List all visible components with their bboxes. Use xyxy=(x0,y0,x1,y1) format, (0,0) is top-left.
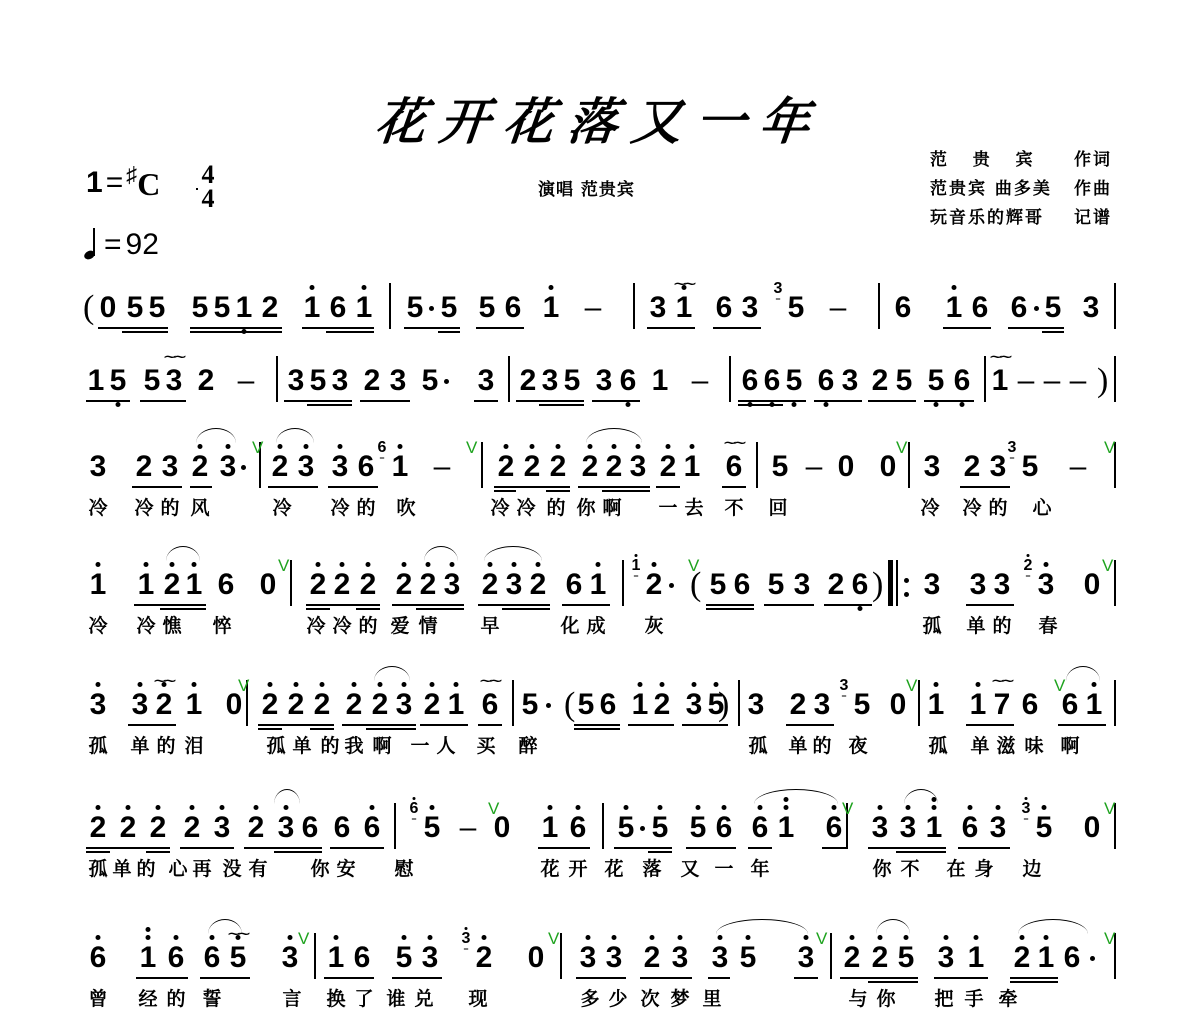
octave-down-dot xyxy=(934,402,939,407)
note: 3 xyxy=(794,570,811,600)
octave-up-dot xyxy=(334,935,339,940)
lyric-char: 你 xyxy=(576,498,595,518)
slur-arc xyxy=(208,919,242,934)
bracket: ) xyxy=(1097,364,1108,398)
note: 1 xyxy=(448,690,465,720)
dash-extension: – xyxy=(238,366,255,396)
beam-underline xyxy=(786,724,834,726)
octave-up-dot xyxy=(1042,805,1047,810)
lyric-char: 情 xyxy=(418,616,437,636)
octave-up-dot xyxy=(968,805,973,810)
note: 2 xyxy=(646,570,663,600)
note: 3 xyxy=(872,813,889,843)
note: 3 xyxy=(422,943,439,973)
lyric-char: 孤 xyxy=(88,859,107,879)
beam-underline xyxy=(180,847,234,849)
slur-arc xyxy=(586,428,642,443)
slur-arc xyxy=(876,919,910,934)
note: 6 xyxy=(734,570,751,600)
lyric-char: 了 xyxy=(354,989,373,1009)
augmentation-dot xyxy=(444,379,449,384)
lyric-char: 夜 xyxy=(848,736,867,756)
note: 3 xyxy=(630,452,647,482)
dash-extension: – xyxy=(830,293,847,323)
beam-underline xyxy=(840,977,918,979)
note: 6 xyxy=(1064,943,1081,973)
note: 3 xyxy=(938,943,955,973)
note: 1 xyxy=(392,452,409,482)
octave-up-dot xyxy=(512,562,517,567)
note: 1 xyxy=(542,813,559,843)
octave-up-dot xyxy=(934,682,939,687)
note: 5 xyxy=(144,366,161,396)
note: 0 xyxy=(1084,813,1101,843)
lyric-char: 再 xyxy=(192,859,211,879)
beam-underline xyxy=(868,400,916,402)
grace-slash-icon: ⁼ xyxy=(463,946,469,957)
octave-up-dot xyxy=(678,935,683,940)
quarter-note-icon xyxy=(84,228,98,262)
lyric-char: 手 xyxy=(964,989,983,1009)
lyric-char: 吹 xyxy=(396,498,415,518)
octave-up-dot xyxy=(426,562,431,567)
mordent-icon: ⁓⁓ xyxy=(724,438,744,448)
tempo-bpm: 92 xyxy=(126,228,159,262)
note: 5 xyxy=(522,690,539,720)
beam-underline xyxy=(614,847,672,849)
beam-underline xyxy=(366,728,416,730)
lyric-char: 的 xyxy=(546,498,565,518)
note: 2 xyxy=(1014,943,1031,973)
credits-block: 范 贵 宾 作词 范贵宾 曲多美 作曲 玩音乐的辉哥 记谱 xyxy=(930,146,1112,233)
note: 6 xyxy=(620,366,637,396)
octave-down-dot xyxy=(824,402,829,407)
octave-up-dot xyxy=(192,562,197,567)
note: 5 xyxy=(396,943,413,973)
note: 5 xyxy=(578,690,595,720)
beam-underline xyxy=(764,604,814,606)
breath-mark-icon: V xyxy=(816,929,827,949)
lyric-char: 与 xyxy=(848,989,867,1009)
note: 2 xyxy=(872,943,889,973)
note: 3 xyxy=(1083,293,1100,323)
beam-underline xyxy=(122,331,168,333)
barline xyxy=(738,680,740,726)
breath-mark-icon: V xyxy=(688,556,699,576)
slur-arc xyxy=(274,789,300,804)
note: 5 xyxy=(110,366,127,396)
breath-mark-icon: V xyxy=(488,799,499,819)
note: 2 xyxy=(90,813,107,843)
singer-credit: 演唱 范贵宾 xyxy=(538,175,635,200)
octave-up-dot xyxy=(96,805,101,810)
octave-up-dot xyxy=(652,562,657,567)
note: 5 xyxy=(710,570,727,600)
lyric-char: 滋 xyxy=(996,736,1015,756)
note: 3 xyxy=(282,943,299,973)
beam-underline xyxy=(538,847,590,849)
note: 2 xyxy=(644,943,661,973)
beam-underline xyxy=(640,977,692,979)
octave-up-dot xyxy=(220,805,225,810)
beam-underline xyxy=(310,728,334,730)
beam-underline xyxy=(128,724,176,726)
octave-up-dot xyxy=(284,805,289,810)
note: 5 xyxy=(772,452,789,482)
note: 3 xyxy=(332,452,349,482)
beam-underline xyxy=(868,847,946,849)
octave-up-dot xyxy=(878,935,883,940)
lyric-char: 花 xyxy=(540,859,559,879)
lyric-char: 孤 xyxy=(922,616,941,636)
barline xyxy=(1114,680,1116,726)
note: 3 xyxy=(332,366,349,396)
note: 3 xyxy=(162,452,179,482)
lyric-char: 多 xyxy=(580,989,599,1009)
beam-underline xyxy=(86,851,110,853)
beam-underline xyxy=(896,851,946,853)
octave-up-dot xyxy=(692,682,697,687)
beam-underline xyxy=(190,331,282,333)
beam-underline xyxy=(420,724,468,726)
octave-up-dot xyxy=(996,805,1001,810)
beam-underline xyxy=(648,851,672,853)
note: 3 xyxy=(166,366,183,396)
octave-up-dot xyxy=(556,444,561,449)
lyric-char: 的 xyxy=(812,736,831,756)
lyric-char: 安 xyxy=(336,859,355,879)
octave-up-dot xyxy=(612,444,617,449)
barline xyxy=(508,356,510,402)
octave-up-dot xyxy=(650,935,655,940)
note: 6 xyxy=(764,366,781,396)
note: 5 xyxy=(740,943,757,973)
bracket: ( xyxy=(564,688,575,722)
note: 1 xyxy=(992,366,1009,396)
time-sig-divider xyxy=(196,188,198,190)
note: 3 xyxy=(214,813,231,843)
barline xyxy=(560,933,562,979)
grace-slash-icon: ⁼ xyxy=(411,816,417,827)
lyric-char: 曾 xyxy=(88,989,107,1009)
note: 2 xyxy=(420,570,437,600)
lyric-char: 冷 xyxy=(490,498,509,518)
octave-up-dot xyxy=(974,935,979,940)
octave-up-dot xyxy=(430,805,435,810)
dash-extension: – xyxy=(692,366,709,396)
lyric-char: 孤 xyxy=(928,736,947,756)
note: 0 xyxy=(838,452,855,482)
lyric-char: 单 xyxy=(130,736,149,756)
mordent-icon: ⁓⁓ xyxy=(990,352,1010,362)
note: 3 xyxy=(742,293,759,323)
slur-arc xyxy=(196,428,236,443)
note: 6 xyxy=(962,813,979,843)
beam-underline xyxy=(392,977,442,979)
note: 3 xyxy=(90,452,107,482)
lyric-char: 有 xyxy=(248,859,267,879)
beam-underline xyxy=(706,604,754,606)
beam-underline xyxy=(574,728,620,730)
octave-down-dot xyxy=(960,402,965,407)
lyric-char: 一 xyxy=(658,498,677,518)
dash-extension: – xyxy=(585,293,602,323)
barline xyxy=(276,356,278,402)
note: 5 xyxy=(690,813,707,843)
note: 5 xyxy=(786,366,803,396)
octave-up-dot xyxy=(714,682,719,687)
note: 2 xyxy=(550,452,567,482)
note: 2 xyxy=(964,452,981,482)
note: 3 xyxy=(596,366,613,396)
beam-underline xyxy=(404,327,460,329)
note: 5 xyxy=(230,943,247,973)
beam-underline xyxy=(360,400,410,402)
beam-underline xyxy=(814,400,862,402)
lyric-char: 冷 xyxy=(272,498,291,518)
beam-underline xyxy=(98,327,168,329)
lyric-char: 冷 xyxy=(134,498,153,518)
beam-underline xyxy=(578,486,650,488)
note: 3 xyxy=(748,690,765,720)
note: 5 xyxy=(1045,293,1062,323)
beam-underline xyxy=(1010,981,1058,983)
breath-mark-icon: V xyxy=(1104,929,1115,949)
octave-up-dot xyxy=(465,927,468,930)
beam-underline xyxy=(713,327,761,329)
note: 2 xyxy=(396,570,413,600)
note: 1 xyxy=(356,293,373,323)
breath-mark-icon: V xyxy=(1102,556,1113,576)
beam-underline xyxy=(307,404,352,406)
beam-underline xyxy=(494,490,516,492)
lyric-char: 不 xyxy=(724,498,743,518)
credit-composer: 范贵宾 曲多美 作曲 xyxy=(930,175,1112,204)
sharp-icon: ♯ xyxy=(126,162,137,188)
note: 2 xyxy=(530,570,547,600)
lyric-char: 落 xyxy=(642,859,661,879)
mordent-icon: ⁓⁓ xyxy=(674,279,694,289)
octave-up-dot xyxy=(932,805,937,810)
note: 5 xyxy=(441,293,458,323)
octave-up-dot xyxy=(1044,562,1049,567)
note: 3 xyxy=(132,690,149,720)
note: 1 xyxy=(970,690,987,720)
note: 5 xyxy=(407,293,424,323)
beam-underline xyxy=(748,847,772,849)
note: 1 xyxy=(90,570,107,600)
lyric-char: 啊 xyxy=(602,498,621,518)
beam-underline xyxy=(86,847,170,849)
note: 5 xyxy=(618,813,635,843)
octave-up-dot xyxy=(366,562,371,567)
note: 2 xyxy=(136,452,153,482)
credit-transcriber: 玩音乐的辉哥 记谱 xyxy=(930,204,1112,233)
barline xyxy=(622,560,624,606)
octave-up-dot xyxy=(430,682,435,687)
octave-up-dot xyxy=(536,562,541,567)
repeat-barline-thin xyxy=(896,560,898,606)
note: 6 xyxy=(204,943,221,973)
note: 6 xyxy=(818,366,835,396)
beam-underline xyxy=(738,400,806,402)
barline xyxy=(1114,283,1116,329)
note: 2 xyxy=(828,570,845,600)
note: 6 xyxy=(742,366,759,396)
note: 6 xyxy=(826,813,843,843)
note: 3 xyxy=(220,452,237,482)
transcriber-role: 记谱 xyxy=(1074,204,1112,233)
note: 3 xyxy=(90,690,107,720)
beam-underline xyxy=(824,604,872,606)
barline xyxy=(1114,356,1116,402)
tempo-equals: = xyxy=(104,228,122,262)
mordent-icon: ⁓⁓ xyxy=(992,676,1012,686)
lyric-char: 的 xyxy=(992,616,1011,636)
barline xyxy=(512,680,514,726)
slur-arc xyxy=(754,789,838,804)
lyric-char: 单 xyxy=(788,736,807,756)
key-signature: 1 = ♯ C xyxy=(86,166,160,203)
barline xyxy=(633,283,635,329)
note: 1 xyxy=(926,813,943,843)
octave-up-dot xyxy=(146,927,151,932)
lyric-char: 单 xyxy=(966,616,985,636)
note: 2 xyxy=(424,690,441,720)
beam-underline xyxy=(562,604,610,606)
note: 5 xyxy=(127,293,144,323)
note: 3 xyxy=(842,366,859,396)
note: 2 xyxy=(262,293,279,323)
octave-up-dot xyxy=(1092,682,1097,687)
beam-underline xyxy=(494,486,570,488)
beam-underline xyxy=(576,977,626,979)
lyric-char: 言 xyxy=(282,989,301,1009)
beam-underline xyxy=(706,608,754,610)
lyric-char: 又 xyxy=(680,859,699,879)
octave-up-dot xyxy=(784,805,789,810)
note: 3 xyxy=(390,366,407,396)
note: 0 xyxy=(890,690,907,720)
note: 2 xyxy=(156,690,173,720)
bracket: ) xyxy=(872,568,883,602)
note: 1 xyxy=(652,366,669,396)
note: 6 xyxy=(726,452,743,482)
note: 2 xyxy=(164,570,181,600)
dash-extension: – xyxy=(1070,366,1087,396)
note: 3 xyxy=(814,690,831,720)
barline xyxy=(918,680,920,726)
note: 3 xyxy=(1038,570,1055,600)
note: 6 xyxy=(852,570,869,600)
lyric-char: 谁 xyxy=(386,989,405,1009)
octave-up-dot xyxy=(976,682,981,687)
octave-up-dot xyxy=(428,935,433,940)
beam-underline xyxy=(200,977,250,979)
note: 1 xyxy=(138,570,155,600)
octave-up-dot xyxy=(1044,935,1049,940)
beam-underline xyxy=(274,851,322,853)
beam-underline xyxy=(1058,724,1106,726)
note: 1 xyxy=(88,366,105,396)
note: 6 xyxy=(364,813,381,843)
bracket: ( xyxy=(83,291,94,325)
note: 2 xyxy=(654,690,671,720)
slur-arc xyxy=(1018,919,1088,934)
beam-underline xyxy=(478,604,550,606)
lyric-char: 孤 xyxy=(748,736,767,756)
augmentation-dot xyxy=(640,826,645,831)
dash-extension: – xyxy=(434,452,451,482)
note: 6 xyxy=(90,943,107,973)
transcriber-name: 玩音乐的辉哥 xyxy=(930,204,1074,233)
lyric-char: 单 xyxy=(292,736,311,756)
octave-up-dot xyxy=(450,562,455,567)
beam-underline xyxy=(958,847,1010,849)
lyric-char: 心 xyxy=(1032,498,1051,518)
octave-up-dot xyxy=(278,444,283,449)
barline xyxy=(389,283,391,329)
octave-up-dot xyxy=(170,562,175,567)
note: 0 xyxy=(880,452,897,482)
lyric-char: 泪 xyxy=(184,736,203,756)
note: 2 xyxy=(334,570,351,600)
lyric-char: 成 xyxy=(586,616,605,636)
octave-up-dot xyxy=(352,682,357,687)
time-sig-bottom: 4 xyxy=(196,187,220,211)
note: 6 xyxy=(1022,690,1039,720)
repeat-dot xyxy=(904,578,909,583)
beam-underline xyxy=(934,977,988,979)
octave-up-dot xyxy=(96,562,101,567)
lyric-char: 的 xyxy=(320,736,339,756)
beam-underline xyxy=(682,724,728,726)
breath-mark-icon: V xyxy=(842,799,853,819)
beam-underline xyxy=(592,400,640,402)
grace-slash-icon: ⁼ xyxy=(841,693,847,704)
octave-up-dot xyxy=(482,935,487,940)
note: 6 xyxy=(330,293,347,323)
note: 6 xyxy=(482,690,499,720)
lyric-char: 冷 xyxy=(332,616,351,636)
octave-up-dot xyxy=(635,554,638,557)
lyric-char: 冷 xyxy=(88,616,107,636)
credit-lyricist: 范 贵 宾 作词 xyxy=(930,146,1112,175)
beam-underline xyxy=(794,977,818,979)
octave-up-dot xyxy=(588,444,593,449)
augmentation-dot xyxy=(546,703,551,708)
octave-up-dot xyxy=(636,444,641,449)
octave-down-dot xyxy=(858,606,863,611)
lyric-char: 春 xyxy=(1038,616,1057,636)
note: 2 xyxy=(262,690,279,720)
note: 3 xyxy=(900,813,917,843)
octave-up-dot xyxy=(530,444,535,449)
note: 7 xyxy=(994,690,1011,720)
note: 2 xyxy=(346,690,363,720)
dash-extension: – xyxy=(1070,452,1087,482)
octave-down-dot xyxy=(792,402,797,407)
lyric-char: 去 xyxy=(684,498,703,518)
octave-up-dot xyxy=(1020,935,1025,940)
note: 6 xyxy=(505,293,522,323)
beam-underline xyxy=(258,728,282,730)
lyric-char: 啊 xyxy=(372,736,391,756)
beam-underline xyxy=(306,604,380,606)
grace-slash-icon: ⁼ xyxy=(1009,455,1015,466)
beam-underline xyxy=(960,486,1010,488)
lyric-char: 的 xyxy=(160,498,179,518)
